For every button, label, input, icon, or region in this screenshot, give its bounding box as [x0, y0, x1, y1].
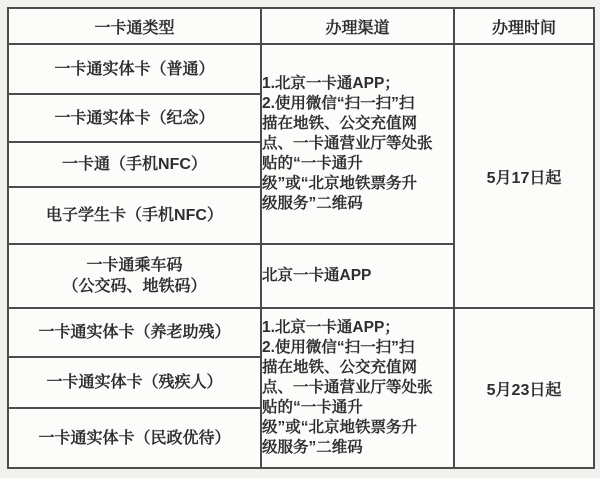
card-type-ride-code: 一卡通乘车码 （公交码、地铁码）: [8, 244, 261, 308]
card-type-ordinary: 一卡通实体卡（普通）: [8, 44, 261, 94]
card-type-disabled: 一卡通实体卡（残疾人）: [8, 357, 261, 408]
header-card-type: 一卡通类型: [8, 8, 261, 44]
card-type-student-nfc: 电子学生卡（手机NFC）: [8, 187, 261, 244]
table-header-row: 一卡通类型 办理渠道 办理时间: [8, 8, 594, 44]
channel-group2-cell: 1.北京一卡通APP； 2.使用微信“扫一扫”扫 描在地铁、公交充值网 点、一卡…: [261, 308, 454, 468]
card-upgrade-table: 一卡通类型 办理渠道 办理时间 一卡通实体卡（普通） 1.北京一卡通APP； 2…: [7, 7, 595, 469]
table-row: 一卡通实体卡（养老助残） 1.北京一卡通APP； 2.使用微信“扫一扫”扫 描在…: [8, 308, 594, 357]
header-channel: 办理渠道: [261, 8, 454, 44]
time-group2-cell: 5月23日起: [454, 308, 594, 468]
page-background: { "header": { "card_type": "一卡通类型", "cha…: [0, 0, 600, 478]
card-type-elderly-disabled: 一卡通实体卡（养老助残）: [8, 308, 261, 357]
table-row: 一卡通实体卡（普通） 1.北京一卡通APP； 2.使用微信“扫一扫”扫 描在地铁…: [8, 44, 594, 94]
time-group1-cell: 5月17日起: [454, 44, 594, 308]
channel-group1-cell: 1.北京一卡通APP； 2.使用微信“扫一扫”扫 描在地铁、公交充值网 点、一卡…: [261, 44, 454, 244]
channel-row5-cell: 北京一卡通APP: [261, 244, 454, 308]
header-time: 办理时间: [454, 8, 594, 44]
card-type-phone-nfc: 一卡通（手机NFC）: [8, 142, 261, 187]
card-type-civil-affairs: 一卡通实体卡（民政优待）: [8, 408, 261, 468]
card-type-commemorative: 一卡通实体卡（纪念）: [8, 94, 261, 142]
